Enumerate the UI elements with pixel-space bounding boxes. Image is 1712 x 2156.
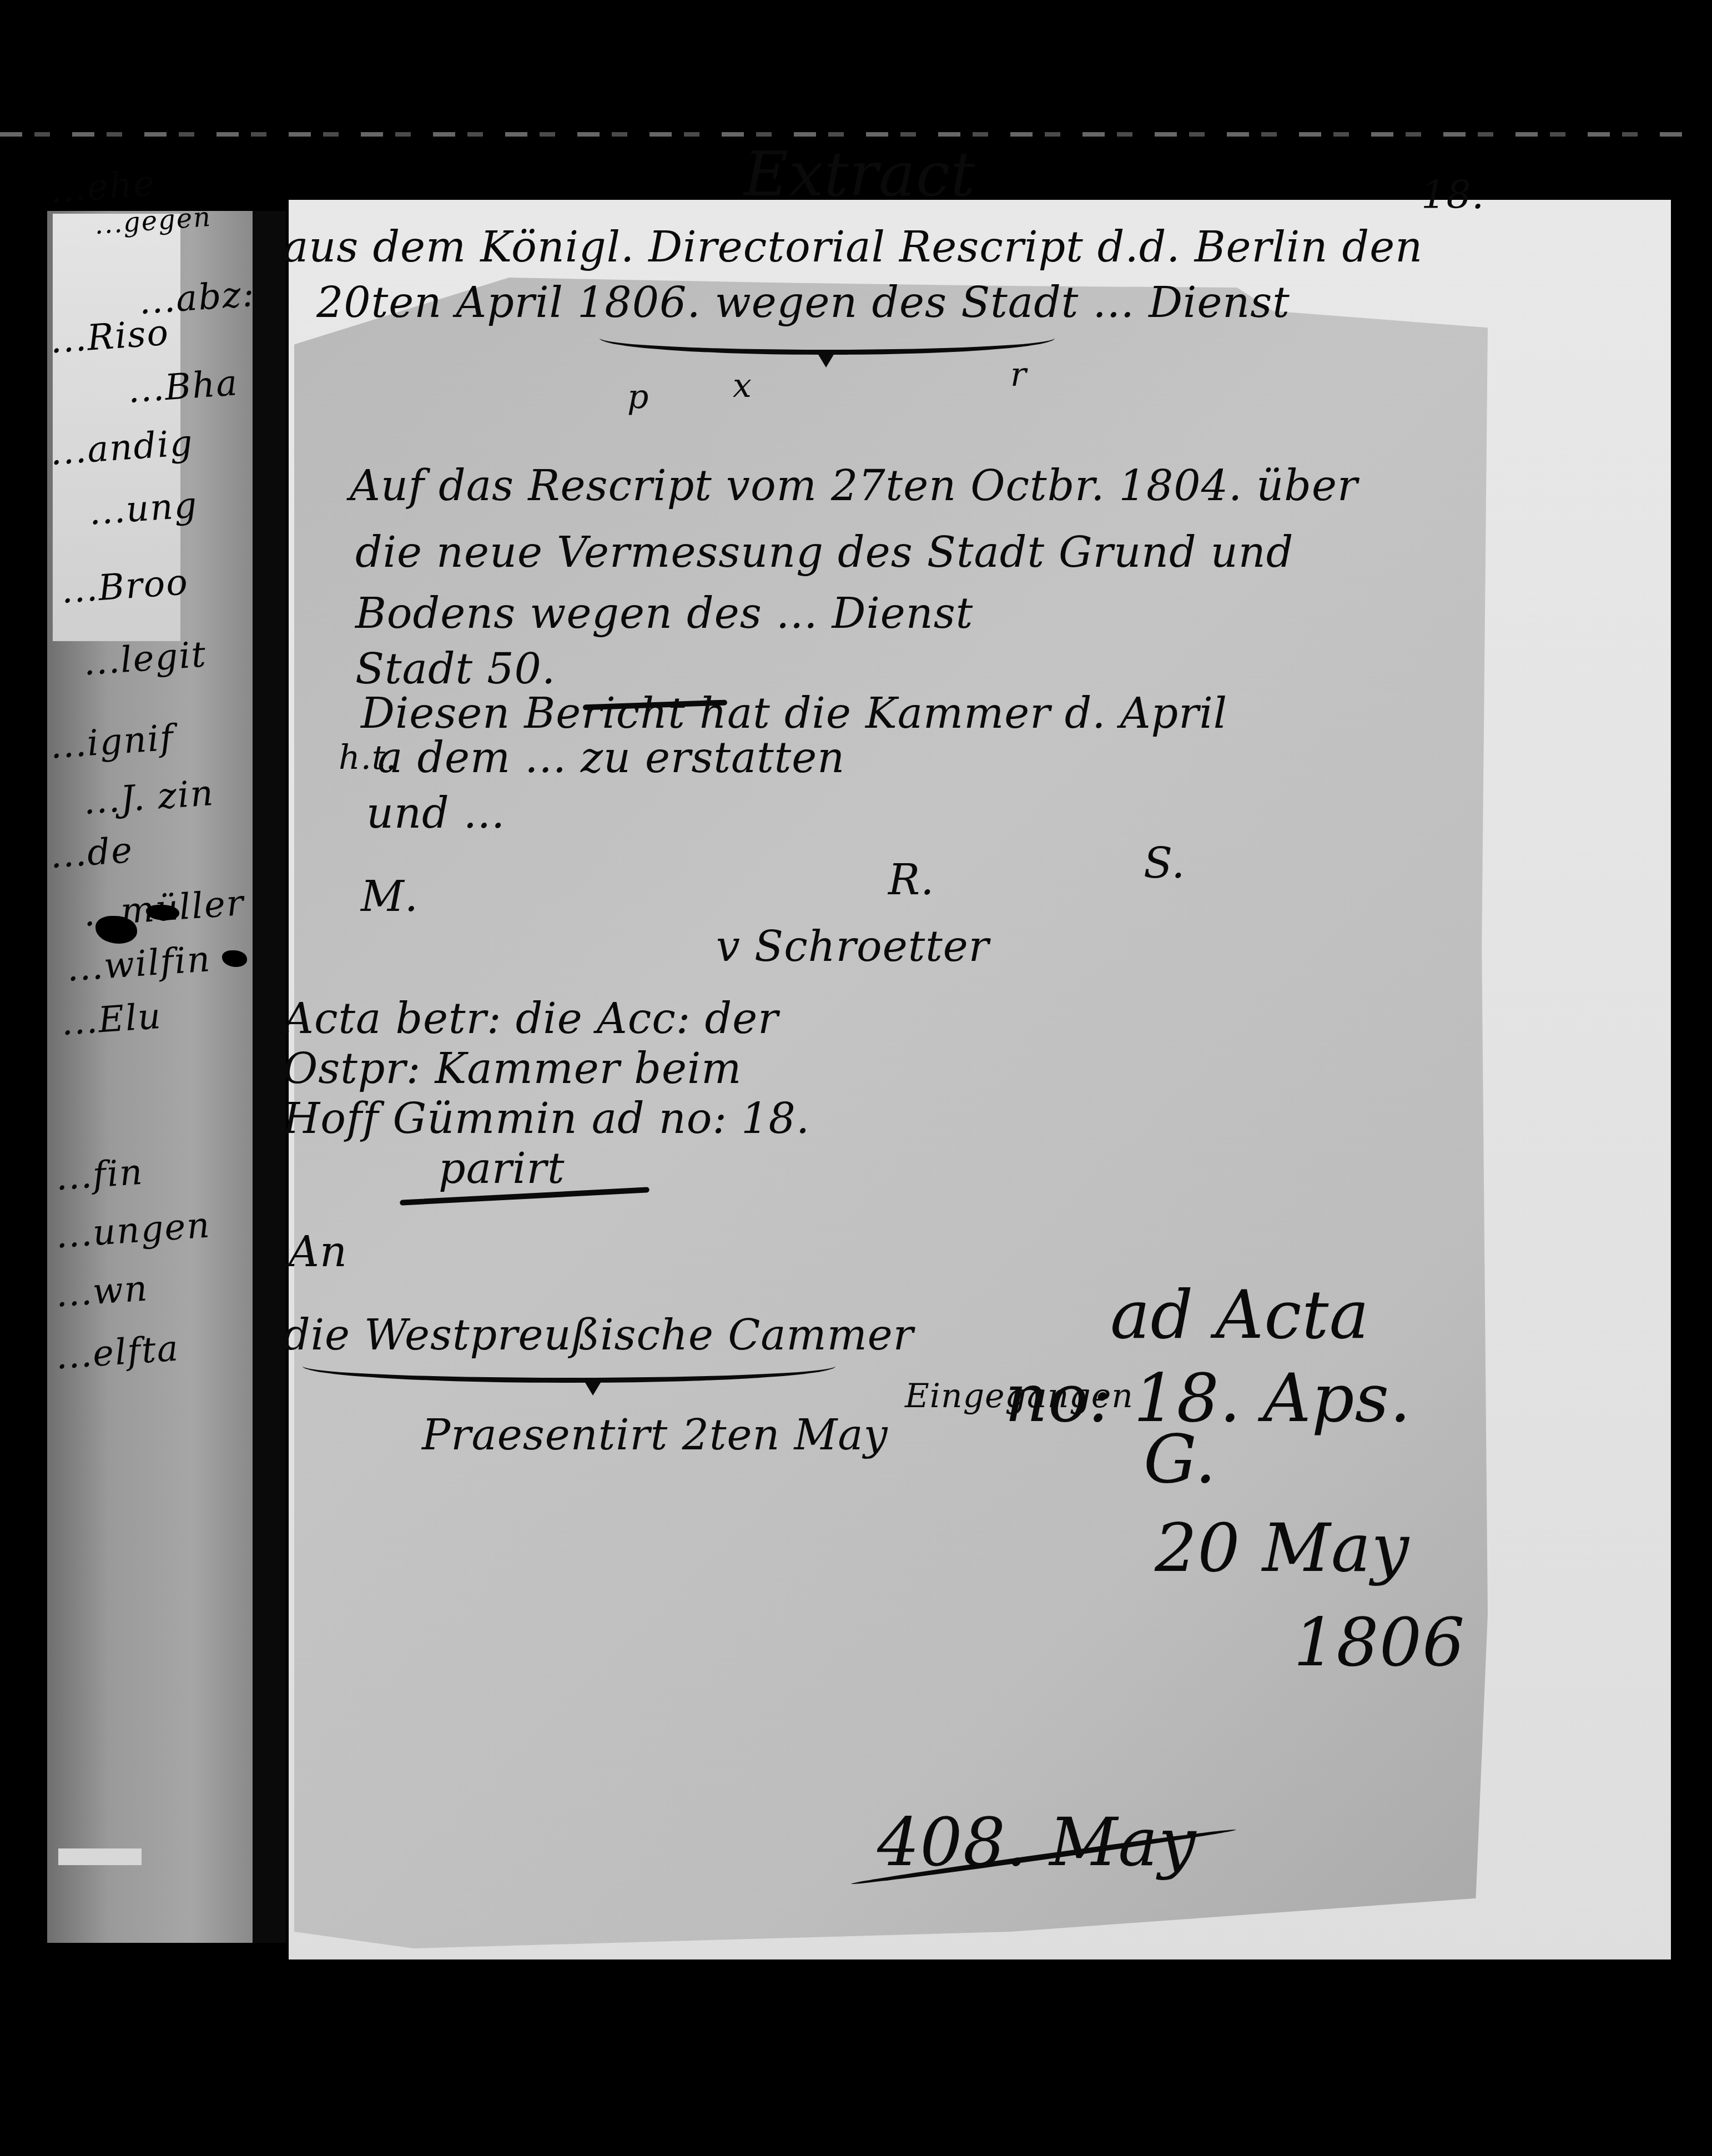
registry-line-3: G.: [1144, 1421, 1217, 1498]
registry-line-1: ad Acta: [1110, 1277, 1369, 1354]
adjacent-page-fragment-tab: [58, 1848, 142, 1865]
fragment-line: ...ignif: [49, 717, 175, 767]
address-line-1: Acta betr: die Acc: der: [283, 994, 779, 1043]
body-line-4: Stadt 50.: [355, 644, 556, 693]
heading-line-1: aus dem Königl. Directorial Rescript d.d…: [283, 222, 1423, 271]
date-line: Praesentirt 2ten May: [422, 1410, 888, 1459]
page-number: 18.: [1421, 172, 1484, 218]
initial-s: S.: [1144, 838, 1186, 888]
heading-line-2: 20ten April 1806. wegen des Stadt ... Di…: [316, 278, 1290, 327]
fragment-line: ...Riso: [49, 313, 171, 362]
initial-m: M.: [361, 872, 419, 921]
initial-r: R.: [888, 855, 934, 904]
fragment-line: ...fin: [54, 1152, 145, 1199]
document-title: Extract: [744, 139, 976, 210]
body-line-7: und ...: [366, 788, 505, 838]
body-line-2: die neue Vermessung des Stadt Grund und: [355, 527, 1293, 577]
body-line-6: a dem ... zu erstatten: [377, 733, 845, 782]
decorative-brace-tip: [816, 351, 836, 367]
address-line-3: Hoff Gümmin ad no: 18.: [283, 1094, 810, 1143]
recipient: die Westpreußische Cammer: [283, 1310, 914, 1359]
fragment-line: ...elfta: [54, 1328, 181, 1377]
brace-mark: p: [627, 377, 649, 416]
body-line-1: Auf das Rescript vom 27ten Octbr. 1804. …: [350, 461, 1358, 510]
address-note: parirt: [439, 1144, 565, 1193]
scan-edge-artifact: [0, 132, 1688, 137]
registry-line-4: 20 May: [1155, 1510, 1409, 1587]
body-line-5: Diesen Bericht hat die Kammer d. April: [361, 688, 1227, 738]
fragment-line: ...Bha: [127, 362, 240, 411]
brace-mark: r: [1010, 355, 1027, 394]
recipient-prefix: An: [289, 1227, 348, 1276]
fragment-line: ...ehe: [49, 163, 157, 211]
brace-mark: x: [733, 366, 752, 405]
fragment-line: ...legit: [82, 634, 208, 683]
binding-gutter: [253, 211, 286, 1943]
margin-note: h.t.: [339, 738, 397, 777]
fragment-line: ...wn: [54, 1268, 150, 1315]
fragment-line: ...de: [49, 830, 135, 876]
registry-line-5: 1806: [1293, 1604, 1465, 1681]
fragment-line: ...Elu: [60, 996, 163, 1044]
signature: v Schroetter: [716, 921, 989, 971]
address-line-2: Ostpr: Kammer beim: [283, 1044, 742, 1093]
decorative-brace-tip: [583, 1379, 603, 1396]
fragment-line: ...ung: [88, 485, 199, 533]
body-line-3: Bodens wegen des ... Dienst: [355, 588, 973, 638]
